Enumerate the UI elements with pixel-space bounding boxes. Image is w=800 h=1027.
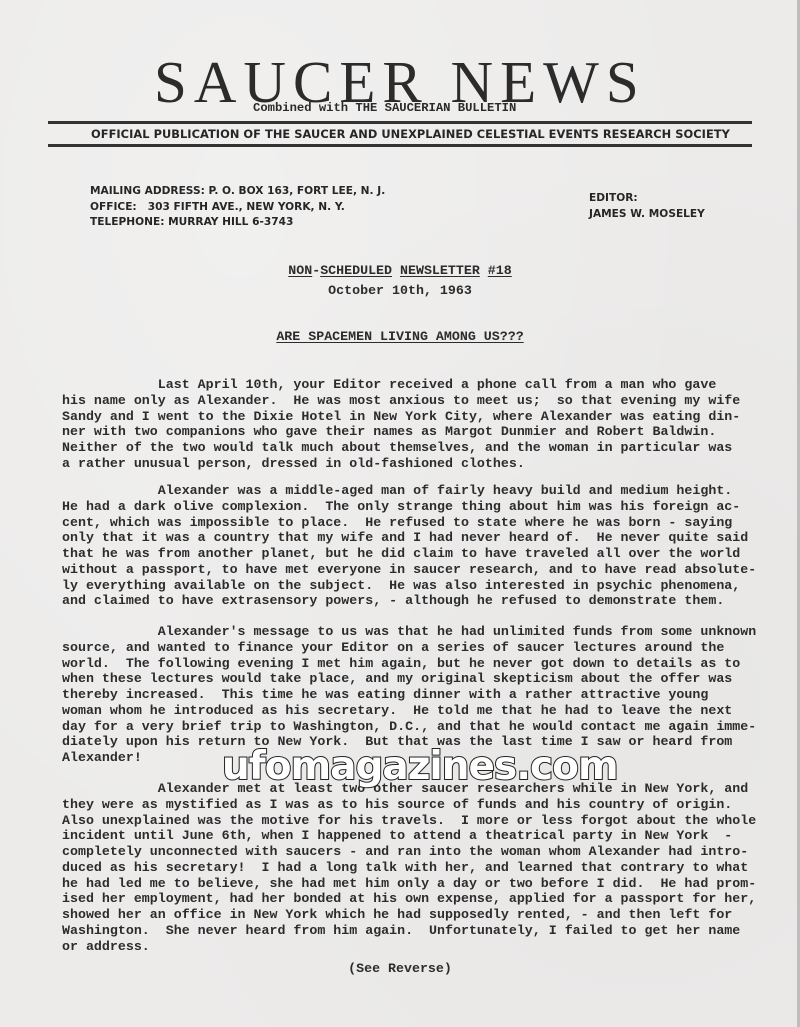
masthead-subtitle: Combined with THE SAUCERIAN BULLETIN [253, 101, 516, 115]
article-paragraph: Alexander met at least two other saucer … [62, 781, 752, 954]
issue-date: October 10th, 1963 [0, 283, 800, 298]
newsletter-part-scheduled: SCHEDULED [320, 263, 392, 278]
article-paragraph: Last April 10th, your Editor received a … [62, 377, 752, 472]
see-reverse-note: (See Reverse) [0, 961, 800, 976]
article-paragraph: Alexander was a middle-aged man of fairl… [62, 483, 752, 609]
newsletter-part-non: NON [288, 263, 312, 278]
bottom-rule [48, 144, 752, 147]
newsletter-part-newsletter: NEWSLETTER [400, 263, 480, 278]
contact-block: MAILING ADDRESS: P. O. BOX 163, FORT LEE… [90, 184, 385, 231]
editor-label: EDITOR: [589, 191, 705, 207]
watermark: ufomagazines.com [222, 744, 582, 789]
top-rule [48, 121, 752, 124]
article-headline: ARE SPACEMEN LIVING AMONG US??? [0, 329, 800, 344]
editor-name: JAMES W. MOSELEY [589, 207, 705, 223]
society-banner: OFFICIAL PUBLICATION OF THE SAUCER AND U… [91, 127, 730, 141]
mailing-address: MAILING ADDRESS: P. O. BOX 163, FORT LEE… [90, 184, 385, 200]
newsletter-label: NON-SCHEDULED NEWSLETTER #18 [0, 263, 800, 278]
office-address: OFFICE: 303 FIFTH AVE., NEW YORK, N. Y. [90, 200, 385, 216]
telephone: TELEPHONE: MURRAY HILL 6-3743 [90, 215, 385, 231]
newsletter-number: #18 [488, 263, 512, 278]
newsletter-hyphen: - [312, 263, 320, 278]
editor-block: EDITOR: JAMES W. MOSELEY [589, 191, 705, 222]
newsletter-page: SAUCER NEWS Combined with THE SAUCERIAN … [0, 0, 800, 1027]
